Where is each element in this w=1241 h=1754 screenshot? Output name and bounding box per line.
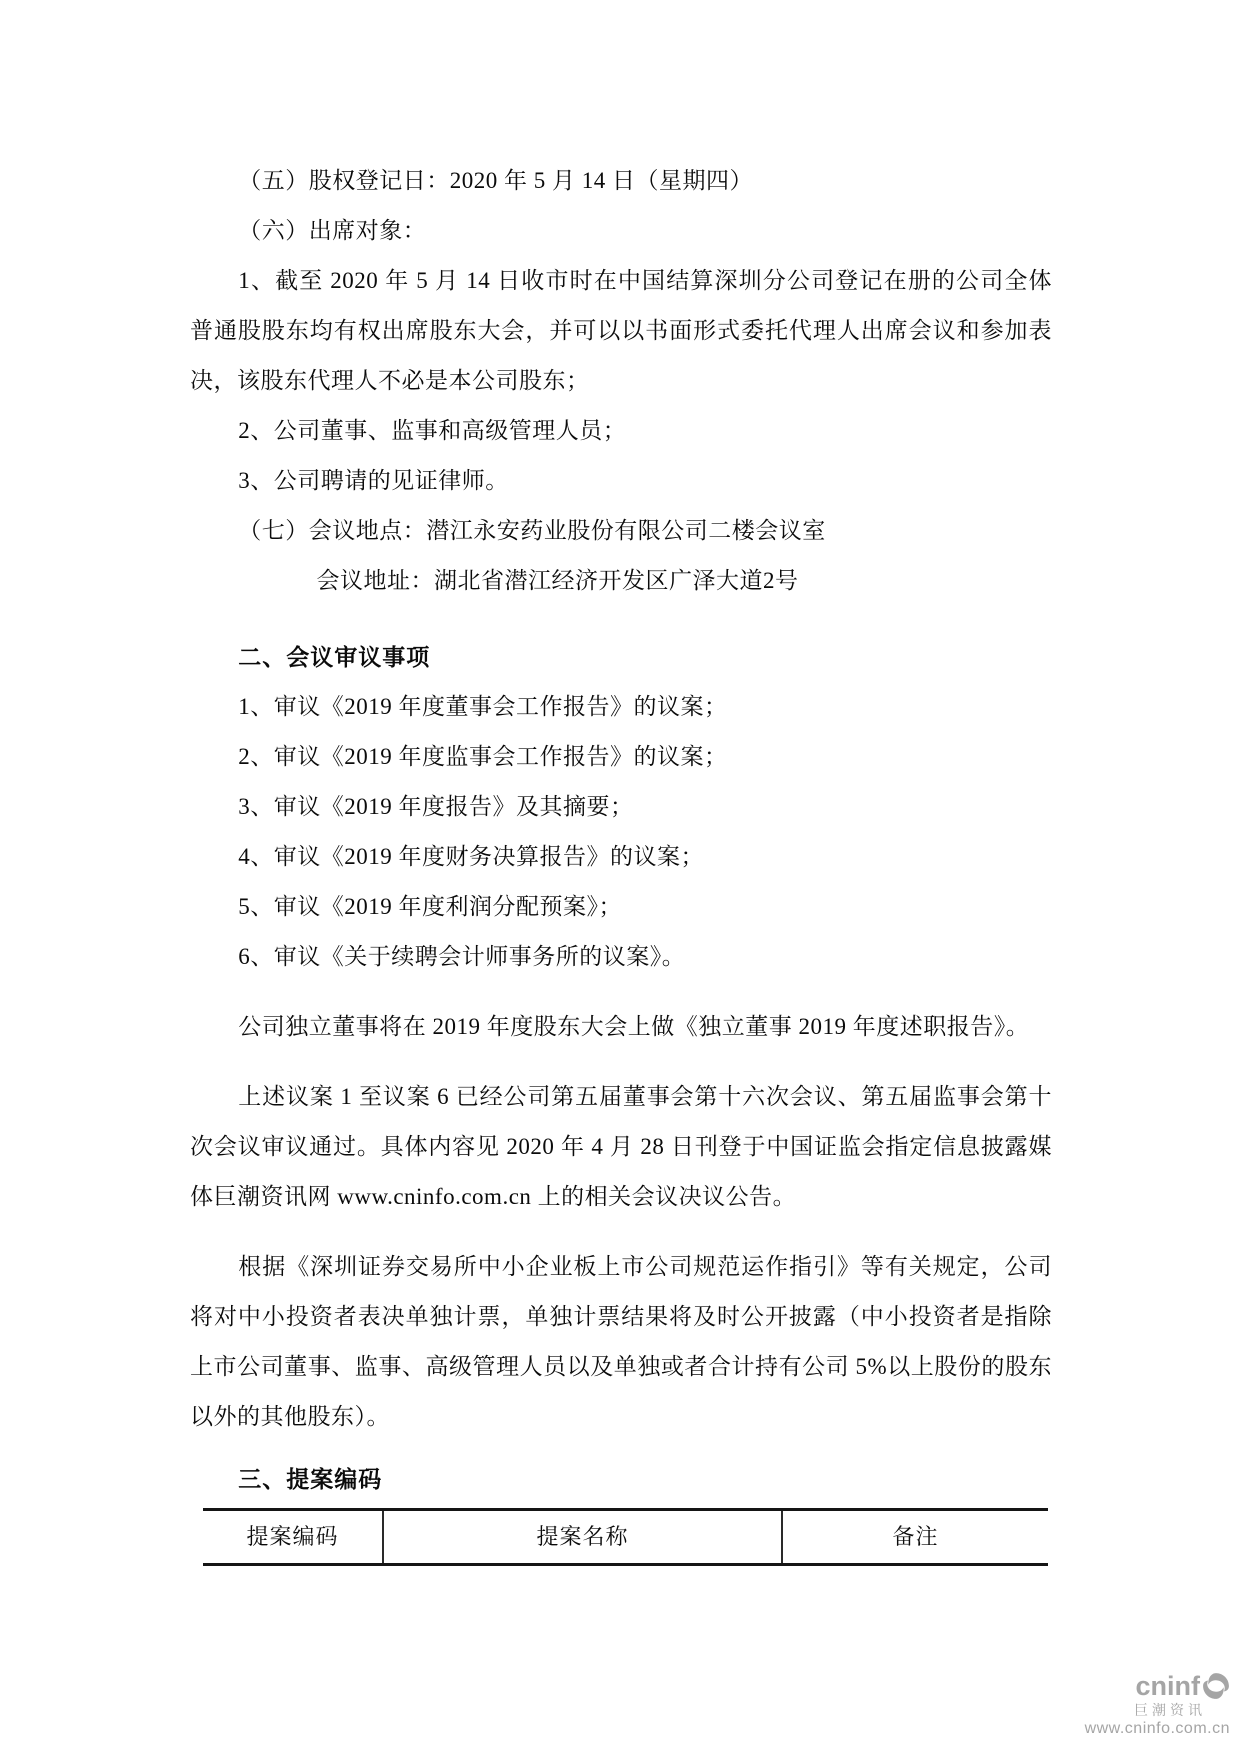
- line-attendee-lawyers: 3、公司聘请的见证律师。: [190, 456, 1052, 506]
- proposal-item-6: 6、审议《关于续聘会计师事务所的议案》。: [190, 932, 1052, 982]
- table-header-proposal-name: 提案名称: [383, 1510, 782, 1565]
- para-board-approval: 上述议案 1 至议案 6 已经公司第五届董事会第十六次会议、第五届监事会第十次会…: [190, 1072, 1052, 1222]
- line-attendees-title: （六）出席对象：: [190, 206, 1052, 256]
- line-attendee-directors: 2、公司董事、监事和高级管理人员；: [190, 406, 1052, 456]
- heading-section-3-proposal-codes: 三、提案编码: [190, 1454, 1052, 1504]
- document-page: （五）股权登记日：2020 年 5 月 14 日（星期四） （六）出席对象： 1…: [0, 0, 1241, 1754]
- table-header-row: 提案编码 提案名称 备注: [203, 1510, 1048, 1565]
- para-independent-director-report: 公司独立董事将在 2019 年度股东大会上做《独立董事 2019 年度述职报告》…: [190, 1002, 1052, 1052]
- table-header-proposal-code: 提案编码: [203, 1510, 383, 1565]
- cninfo-brand-chinese: 巨潮资讯: [1085, 1703, 1230, 1717]
- proposal-item-5: 5、审议《2019 年度利润分配预案》；: [190, 882, 1052, 932]
- heading-section-2-review-items: 二、会议审议事项: [190, 632, 1052, 682]
- proposal-item-3: 3、审议《2019 年度报告》及其摘要；: [190, 782, 1052, 832]
- line-meeting-address: 会议地址：湖北省潜江经济开发区广泽大道2号: [190, 556, 1052, 606]
- proposal-code-table: 提案编码 提案名称 备注: [203, 1508, 1048, 1566]
- document-body: （五）股权登记日：2020 年 5 月 14 日（星期四） （六）出席对象： 1…: [190, 156, 1052, 1566]
- para-separate-vote-counting: 根据《深圳证券交易所中小企业板上市公司规范运作指引》等有关规定，公司将对中小投资…: [190, 1242, 1052, 1442]
- cninfo-swirl-icon: [1202, 1672, 1230, 1700]
- proposal-item-1: 1、审议《2019 年度董事会工作报告》的议案；: [190, 682, 1052, 732]
- line-meeting-place: （七）会议地点：潜江永安药业股份有限公司二楼会议室: [190, 506, 1052, 556]
- table-header-remark: 备注: [782, 1510, 1048, 1565]
- para-attendee-shareholders: 1、截至 2020 年 5 月 14 日收市时在中国结算深圳分公司登记在册的公司…: [190, 256, 1052, 406]
- cninfo-website: www.cninfo.com.cn: [1085, 1721, 1230, 1737]
- proposal-item-2: 2、审议《2019 年度监事会工作报告》的议案；: [190, 732, 1052, 782]
- proposal-item-4: 4、审议《2019 年度财务决算报告》的议案；: [190, 832, 1052, 882]
- line-record-date: （五）股权登记日：2020 年 5 月 14 日（星期四）: [190, 156, 1052, 206]
- cninfo-footer: cninf 巨潮资讯 www.cninfo.com.cn: [1085, 1672, 1230, 1737]
- cninfo-logo-text: cninf: [1136, 1673, 1201, 1700]
- cninfo-logo: cninf: [1085, 1672, 1230, 1700]
